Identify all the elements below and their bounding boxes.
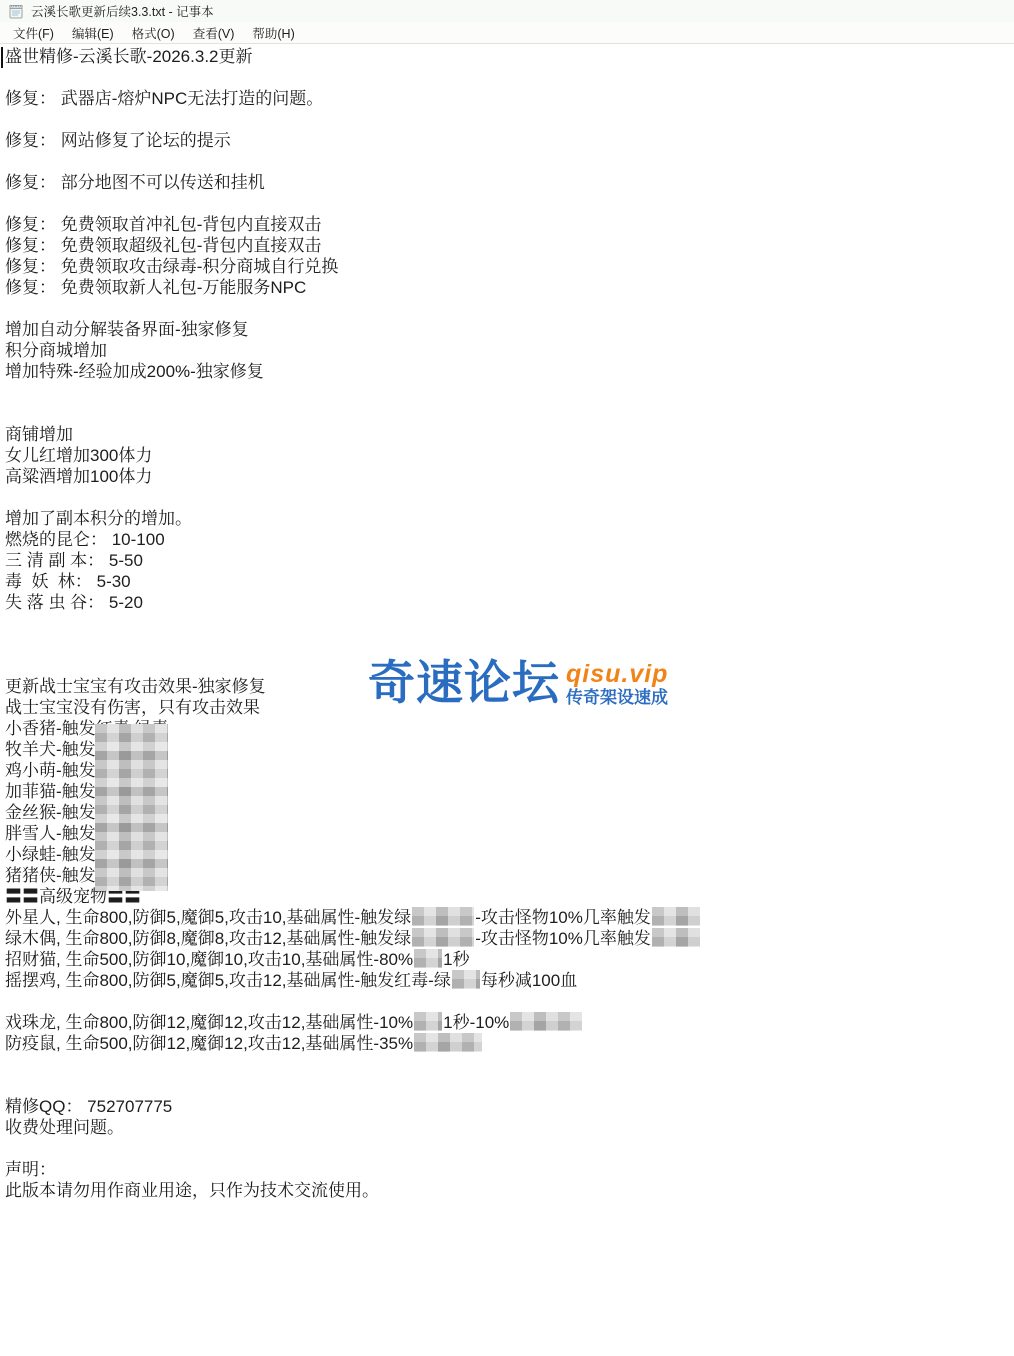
redacted-text [414,1033,482,1052]
redacted-text [412,928,474,947]
text-line: 三 清 副 本： 5-50 [5,550,1014,571]
text-segment: 防疫鼠, 生命500,防御12,魔御12,攻击12,基础属性-35% [5,1034,413,1053]
text-segment: 绿木偶, 生命800,防御8,魔御8,攻击12,基础属性-触发绿 [5,929,411,948]
text-line [5,655,1014,676]
menu-item[interactable]: 编辑(E) [63,22,123,44]
text-line: 此版本请勿用作商业用途，只作为技术交流使用。 [5,1180,1014,1201]
text-line: 高粱酒增加100体力 [5,466,1014,487]
text-line: 修复： 免费领取超级礼包-背包内直接双击 [5,235,1014,256]
text-segment: 失 落 虫 谷： 5-20 [5,593,143,612]
text-segment: 摇摆鸡, 生命800,防御5,魔御5,攻击12,基础属性-触发红毒-绿 [5,971,451,990]
text-segment: 每秒减100血 [481,971,577,990]
text-line: 增加特殊-经验加成200%-独家修复 [5,361,1014,382]
text-line: 修复： 武器店-熔炉NPC无法打造的问题。 [5,88,1014,109]
text-line: 积分商城增加 [5,340,1014,361]
text-segment: 战士宝宝没有伤害，只有攻击效果 [5,698,260,717]
text-segment: 招财猫, 生命500,防御10,魔御10,攻击10,基础属性-80% [5,950,413,969]
text-line: 女儿红增加300体力 [5,445,1014,466]
window-title: 云溪长歌更新后续3.3.txt - 记事本 [31,2,214,20]
text-line: 精修QQ： 752707775 [5,1096,1014,1117]
text-line: 修复： 部分地图不可以传送和挂机 [5,172,1014,193]
redacted-text [452,970,480,989]
text-caret [1,47,3,68]
text-line [5,1054,1014,1075]
text-line: 修复： 网站修复了论坛的提示 [5,130,1014,151]
text-segment: 更新战士宝宝有攻击效果-独家修复 [5,677,266,696]
text-segment: 修复： 部分地图不可以传送和挂机 [5,173,265,192]
text-line: 修复： 免费领取新人礼包-万能服务NPC [5,277,1014,298]
text-segment: 修复： 免费领取超级礼包-背包内直接双击 [5,236,321,255]
redacted-text [414,1012,442,1031]
redacted-text [414,949,442,968]
text-segment: 积分商城增加 [5,341,107,360]
notepad-icon [8,3,24,19]
text-line: 毒 妖 林： 5-30 [5,571,1014,592]
menu-item[interactable]: 文件(F) [4,22,63,44]
text-segment: 三 清 副 本： 5-50 [5,551,143,570]
text-segment: 盛世精修-云溪长歌-2026.3.2更新 [5,47,253,66]
text-segment: 修复： 武器店-熔炉NPC无法打造的问题。 [5,89,323,108]
document-lines: 盛世精修-云溪长歌-2026.3.2更新修复： 武器店-熔炉NPC无法打造的问题… [5,46,1014,1201]
title-bar: 云溪长歌更新后续3.3.txt - 记事本 [0,0,1014,22]
text-line [5,1075,1014,1096]
text-line: 戏珠龙, 生命800,防御12,魔御12,攻击12,基础属性-10%1秒-10% [5,1012,1014,1033]
text-segment: 修复： 免费领取首冲礼包-背包内直接双击 [5,215,321,234]
text-line: 燃烧的昆仑： 10-100 [5,529,1014,550]
text-segment: 修复： 网站修复了论坛的提示 [5,131,231,150]
text-line [5,109,1014,130]
text-segment: 外星人, 生命800,防御5,魔御5,攻击10,基础属性-触发绿 [5,908,411,927]
text-line [5,991,1014,1012]
text-line: 增加了副本积分的增加。 [5,508,1014,529]
text-segment: 收费处理问题。 [5,1118,124,1137]
text-line: 外星人, 生命800,防御5,魔御5,攻击10,基础属性-触发绿-攻击怪物10%… [5,907,1014,928]
text-segment: 此版本请勿用作商业用途，只作为技术交流使用。 [5,1181,379,1200]
text-segment: 增加了副本积分的增加。 [5,509,192,528]
text-segment: 增加特殊-经验加成200%-独家修复 [5,362,264,381]
text-segment: 戏珠龙, 生命800,防御12,魔御12,攻击12,基础属性-10% [5,1013,413,1032]
text-line: 声明： [5,1159,1014,1180]
text-line [5,634,1014,655]
text-line: 招财猫, 生命500,防御10,魔御10,攻击10,基础属性-80%1秒 [5,949,1014,970]
redacted-text [412,907,474,926]
text-line [5,193,1014,214]
text-segment: 声明： [5,1160,56,1179]
text-segment: 高粱酒增加100体力 [5,467,152,486]
text-line [5,1138,1014,1159]
text-line [5,382,1014,403]
text-segment: 女儿红增加300体力 [5,446,152,465]
text-line: 商铺增加 [5,424,1014,445]
text-line [5,487,1014,508]
text-line: 更新战士宝宝有攻击效果-独家修复 [5,676,1014,697]
menu-bar: 文件(F)编辑(E)格式(O)查看(V)帮助(H) [0,22,1014,44]
text-line [5,298,1014,319]
redaction-overlay [95,724,168,891]
text-line [5,613,1014,634]
text-segment: 修复： 免费领取新人礼包-万能服务NPC [5,278,306,297]
text-line: 修复： 免费领取首冲礼包-背包内直接双击 [5,214,1014,235]
text-segment: 1秒-10% [443,1013,509,1032]
text-line: 战士宝宝没有伤害，只有攻击效果 [5,697,1014,718]
menu-item[interactable]: 查看(V) [184,22,244,44]
text-line [5,67,1014,88]
text-line: 失 落 虫 谷： 5-20 [5,592,1014,613]
menu-item[interactable]: 帮助(H) [243,22,303,44]
text-line [5,151,1014,172]
text-segment: 精修QQ： 752707775 [5,1097,172,1116]
text-line: 收费处理问题。 [5,1117,1014,1138]
menu-item[interactable]: 格式(O) [123,22,184,44]
text-line: 修复： 免费领取攻击绿毒-积分商城自行兑换 [5,256,1014,277]
redacted-text [652,928,700,947]
text-line: 摇摆鸡, 生命800,防御5,魔御5,攻击12,基础属性-触发红毒-绿每秒减10… [5,970,1014,991]
text-segment: 燃烧的昆仑： 10-100 [5,530,165,549]
redacted-text [510,1012,582,1031]
text-line [5,403,1014,424]
text-line: 绿木偶, 生命800,防御8,魔御8,攻击12,基础属性-触发绿-攻击怪物10%… [5,928,1014,949]
text-line: 盛世精修-云溪长歌-2026.3.2更新 [5,46,1014,67]
redacted-text [652,907,700,926]
notepad-window: 云溪长歌更新后续3.3.txt - 记事本 文件(F)编辑(E)格式(O)查看(… [0,0,1014,1356]
text-line: 防疫鼠, 生命500,防御12,魔御12,攻击12,基础属性-35% [5,1033,1014,1054]
text-segment: 商铺增加 [5,425,73,444]
text-area[interactable]: 盛世精修-云溪长歌-2026.3.2更新修复： 武器店-熔炉NPC无法打造的问题… [0,45,1014,1356]
text-segment: 1秒 [443,950,469,969]
text-line: 增加自动分解装备界面-独家修复 [5,319,1014,340]
text-segment: -攻击怪物10%几率触发 [475,908,651,927]
text-segment: 毒 妖 林： 5-30 [5,572,131,591]
text-segment: -攻击怪物10%几率触发 [475,929,651,948]
text-segment: 增加自动分解装备界面-独家修复 [5,320,249,339]
text-segment: 修复： 免费领取攻击绿毒-积分商城自行兑换 [5,257,338,276]
